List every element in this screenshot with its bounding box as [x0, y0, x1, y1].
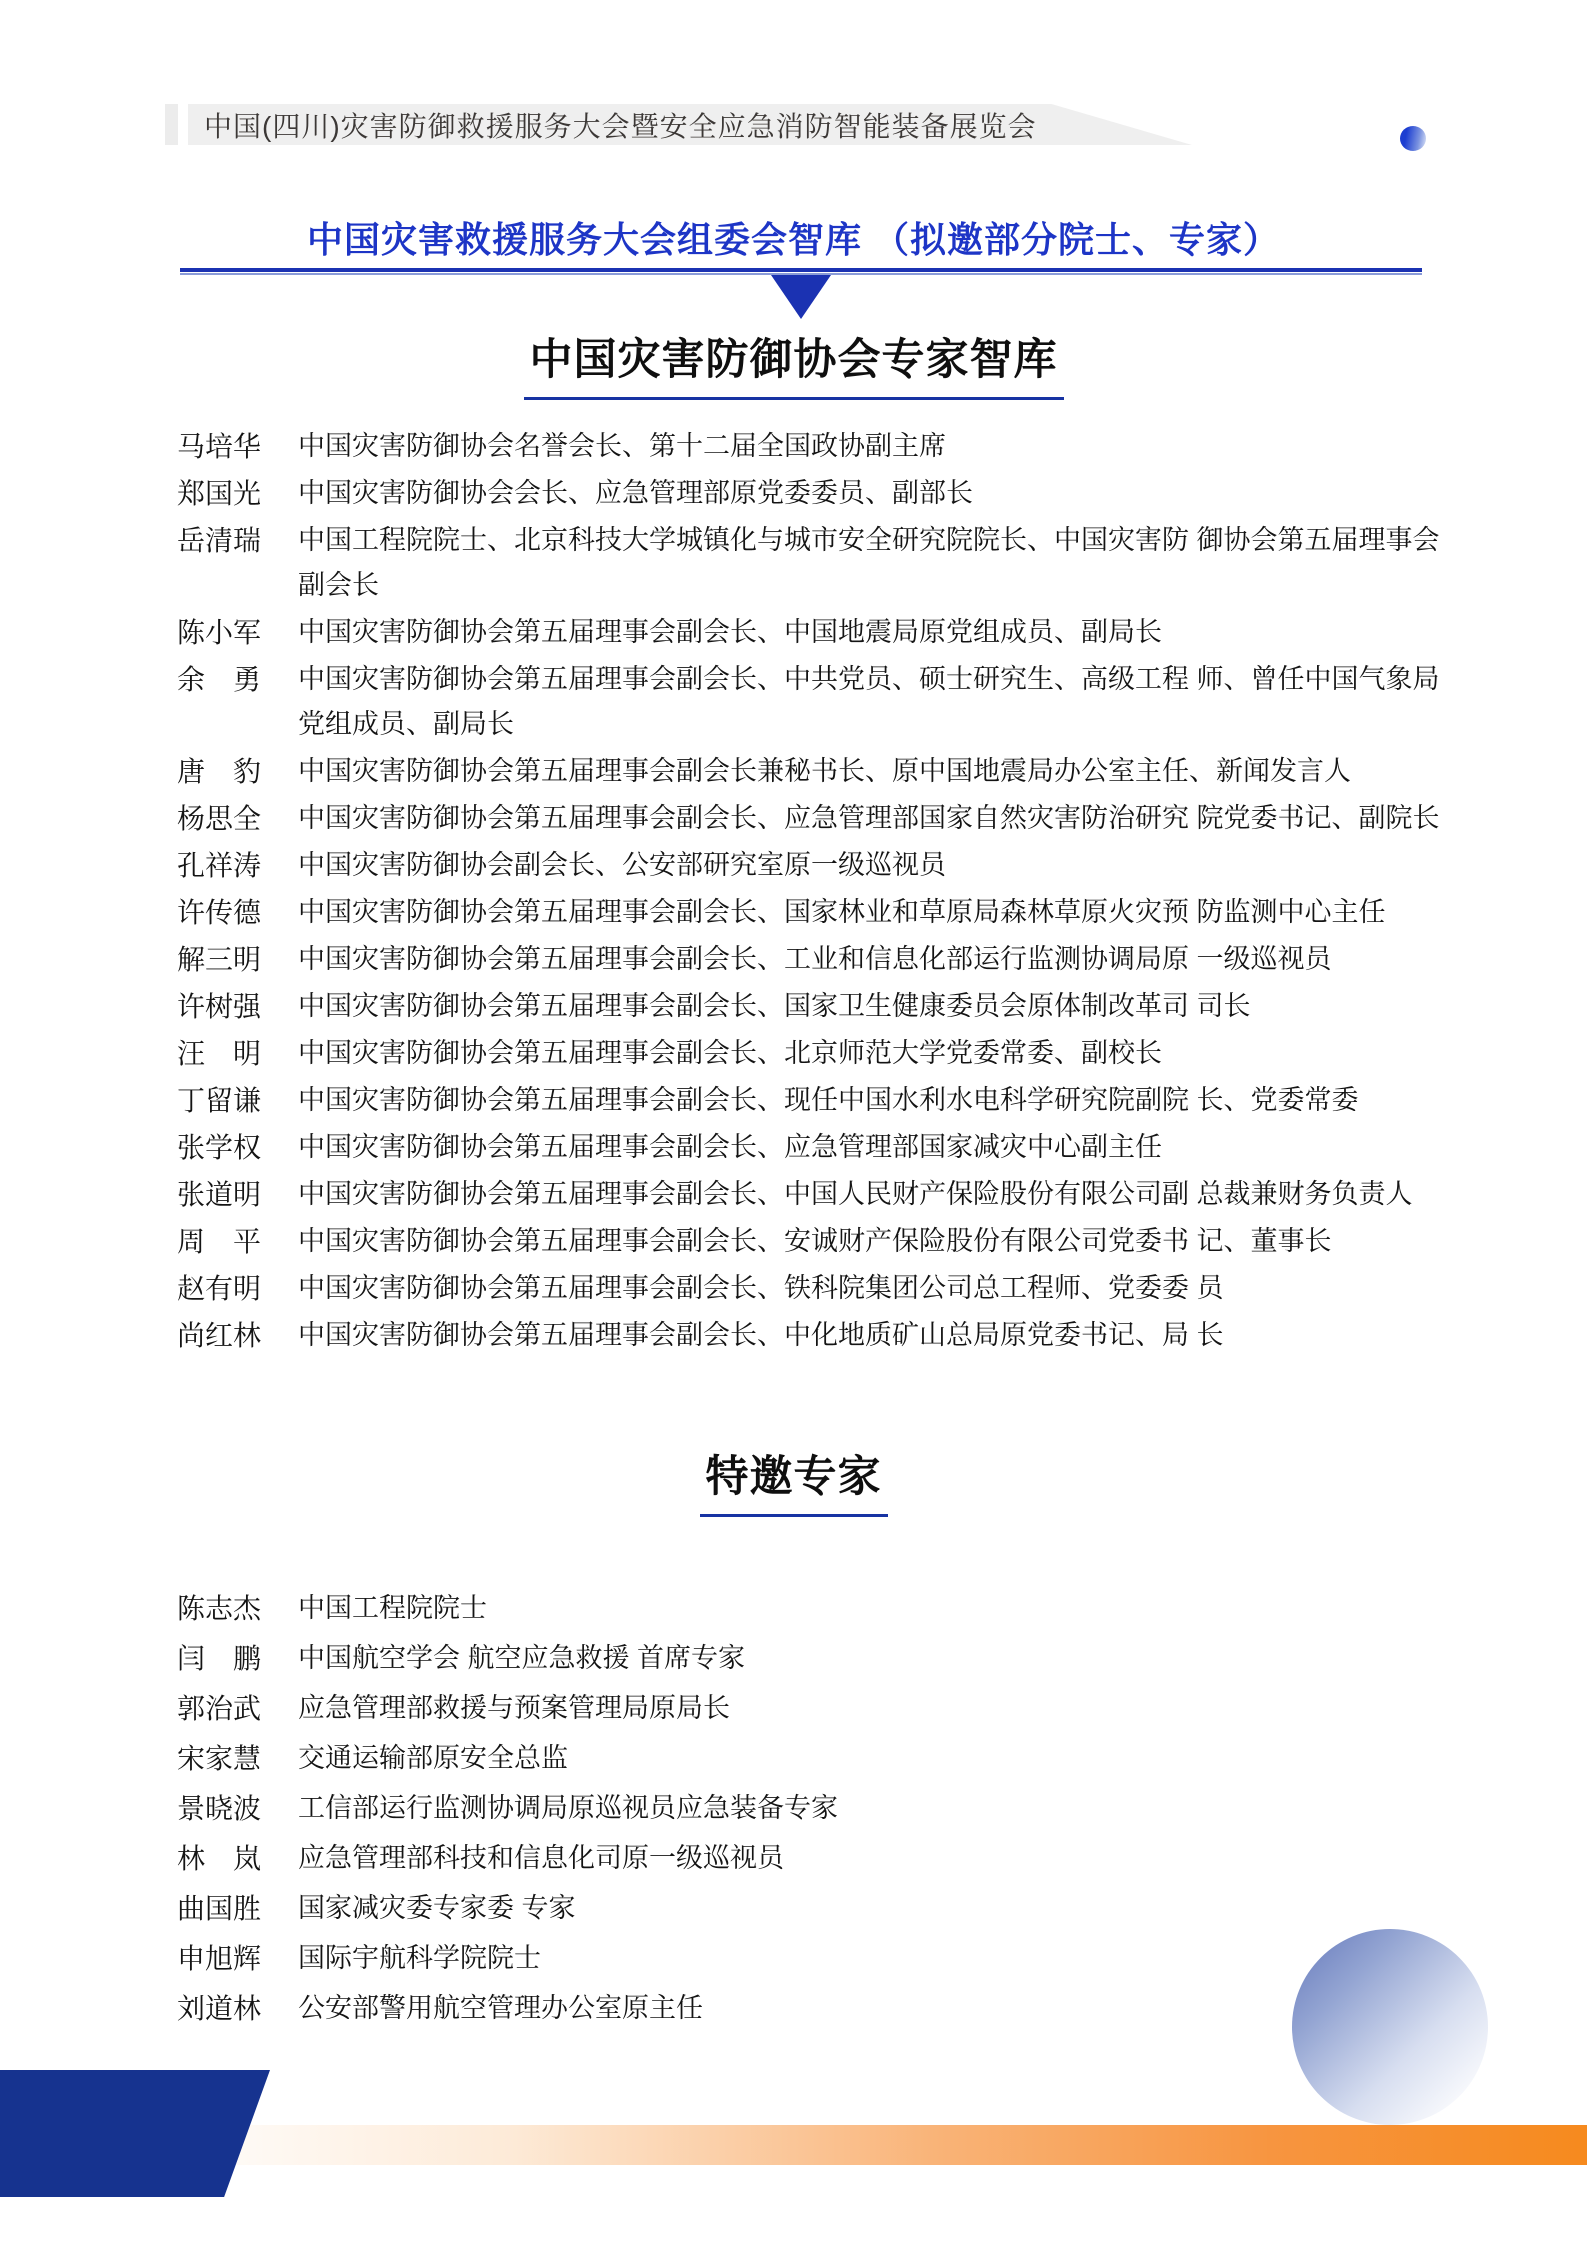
expert-title: 中国工程院院士: [298, 1585, 1448, 1632]
expert-name: 尚红林: [177, 1313, 298, 1358]
expert-title: 公安部警用航空管理办公室原主任: [298, 1985, 1448, 2032]
expert-row: 尚红林 中国灾害防御协会第五届理事会副会长、中化地质矿山总局原党委书记、局 长: [177, 1313, 1449, 1358]
expert-title: 中国灾害防御协会第五届理事会副会长、北京师范大学党委常委、副校长: [298, 1031, 1448, 1076]
expert-row: 马培华 中国灾害防御协会名誉会长、第十二届全国政协副主席: [177, 424, 1449, 469]
expert-row: 郑国光 中国灾害防御协会会长、应急管理部原党委委员、副部长: [177, 471, 1449, 516]
expert-row: 许树强 中国灾害防御协会第五届理事会副会长、国家卫生健康委员会原体制改革司 司长: [177, 984, 1449, 1029]
expert-name: 周 平: [177, 1219, 298, 1264]
expert-name: 许树强: [177, 984, 298, 1029]
expert-name: 唐 豹: [177, 749, 298, 794]
expert-name: 宋家慧: [177, 1735, 298, 1782]
expert-name: 申旭辉: [177, 1935, 298, 1982]
banner-title: 中国灾害救援服务大会组委会智库 （拟邀部分院士、专家）: [0, 212, 1587, 263]
expert-row: 闫 鹏 中国航空学会 航空应急救援 首席专家: [177, 1635, 1449, 1682]
expert-list-guests: 陈志杰 中国工程院院士 闫 鹏 中国航空学会 航空应急救援 首席专家 郭治武 应…: [177, 1585, 1449, 2035]
expert-list-association: 马培华 中国灾害防御协会名誉会长、第十二届全国政协副主席 郑国光 中国灾害防御协…: [177, 424, 1449, 1360]
expert-title: 中国灾害防御协会第五届理事会副会长、国家林业和草原局森林草原火灾预 防监测中心主…: [298, 890, 1448, 935]
expert-row: 林 岚 应急管理部科技和信息化司原一级巡视员: [177, 1835, 1449, 1882]
expert-name: 张学权: [177, 1125, 298, 1170]
expert-row: 张道明 中国灾害防御协会第五届理事会副会长、中国人民财产保险股份有限公司副 总裁…: [177, 1172, 1449, 1217]
expert-row: 解三明 中国灾害防御协会第五届理事会副会长、工业和信息化部运行监测协调局原 一级…: [177, 937, 1449, 982]
expert-title: 中国灾害防御协会名誉会长、第十二届全国政协副主席: [298, 424, 1448, 469]
expert-name: 孔祥涛: [177, 843, 298, 888]
expert-name: 曲国胜: [177, 1885, 298, 1932]
orange-band-decoration: [150, 2125, 1587, 2165]
expert-name: 许传德: [177, 890, 298, 935]
section1-heading: 中国灾害防御协会专家智库: [524, 326, 1064, 400]
expert-name: 刘道林: [177, 1985, 298, 2032]
down-triangle-icon: [771, 275, 831, 319]
expert-title: 中国工程院院士、北京科技大学城镇化与城市安全研究院院长、中国灾害防 御协会第五届…: [298, 518, 1448, 608]
expert-row: 汪 明 中国灾害防御协会第五届理事会副会长、北京师范大学党委常委、副校长: [177, 1031, 1449, 1076]
expert-title: 工信部运行监测协调局原巡视员应急装备专家: [298, 1785, 1448, 1832]
expert-name: 余 勇: [177, 657, 298, 702]
expert-name: 丁留谦: [177, 1078, 298, 1123]
expert-row: 刘道林 公安部警用航空管理办公室原主任: [177, 1985, 1449, 2032]
expert-title: 中国灾害防御协会第五届理事会副会长、中化地质矿山总局原党委书记、局 长: [298, 1313, 1448, 1358]
expert-row: 申旭辉 国际宇航科学院院士: [177, 1935, 1449, 1982]
expert-row: 张学权 中国灾害防御协会第五届理事会副会长、应急管理部国家减灾中心副主任: [177, 1125, 1449, 1170]
expert-name: 林 岚: [177, 1835, 298, 1882]
expert-name: 陈小军: [177, 610, 298, 655]
expert-name: 景晓波: [177, 1785, 298, 1832]
expert-row: 曲国胜 国家减灾委专家委 专家: [177, 1885, 1449, 1932]
expert-title: 中国灾害防御协会副会长、公安部研究室原一级巡视员: [298, 843, 1448, 888]
expert-row: 陈志杰 中国工程院院士: [177, 1585, 1449, 1632]
gradient-circle-decoration: [1292, 1929, 1488, 2125]
expert-name: 杨思全: [177, 796, 298, 841]
expert-title: 中国灾害防御协会第五届理事会副会长兼秘书长、原中国地震局办公室主任、新闻发言人: [298, 749, 1448, 794]
expert-row: 唐 豹 中国灾害防御协会第五届理事会副会长兼秘书长、原中国地震局办公室主任、新闻…: [177, 749, 1449, 794]
expert-title: 中国灾害防御协会第五届理事会副会长、中国地震局原党组成员、副局长: [298, 610, 1448, 655]
expert-title: 中国灾害防御协会第五届理事会副会长、应急管理部国家自然灾害防治研究 院党委书记、…: [298, 796, 1448, 841]
expert-name: 赵有明: [177, 1266, 298, 1311]
expert-title: 中国灾害防御协会会长、应急管理部原党委委员、副部长: [298, 471, 1448, 516]
expert-title: 中国航空学会 航空应急救援 首席专家: [298, 1635, 1448, 1682]
expert-title: 中国灾害防御协会第五届理事会副会长、工业和信息化部运行监测协调局原 一级巡视员: [298, 937, 1448, 982]
expert-name: 解三明: [177, 937, 298, 982]
expert-title: 国际宇航科学院院士: [298, 1935, 1448, 1982]
expert-row: 周 平 中国灾害防御协会第五届理事会副会长、安诚财产保险股份有限公司党委书 记、…: [177, 1219, 1449, 1264]
expert-row: 宋家慧 交通运输部原安全总监: [177, 1735, 1449, 1782]
expert-row: 景晓波 工信部运行监测协调局原巡视员应急装备专家: [177, 1785, 1449, 1832]
expert-title: 中国灾害防御协会第五届理事会副会长、国家卫生健康委员会原体制改革司 司长: [298, 984, 1448, 1029]
expert-title: 中国灾害防御协会第五届理事会副会长、中共党员、硕士研究生、高级工程 师、曾任中国…: [298, 657, 1448, 747]
expert-name: 闫 鹏: [177, 1635, 298, 1682]
expert-row: 岳清瑞 中国工程院院士、北京科技大学城镇化与城市安全研究院院长、中国灾害防 御协…: [177, 518, 1449, 608]
expert-title: 应急管理部科技和信息化司原一级巡视员: [298, 1835, 1448, 1882]
expert-title: 国家减灾委专家委 专家: [298, 1885, 1448, 1932]
expert-name: 岳清瑞: [177, 518, 298, 563]
expert-row: 余 勇 中国灾害防御协会第五届理事会副会长、中共党员、硕士研究生、高级工程 师、…: [177, 657, 1449, 747]
expert-row: 陈小军 中国灾害防御协会第五届理事会副会长、中国地震局原党组成员、副局长: [177, 610, 1449, 655]
expert-name: 郑国光: [177, 471, 298, 516]
document-page: 中国(四川)灾害防御救援服务大会暨安全应急消防智能装备展览会 中国灾害救援服务大…: [0, 0, 1587, 2244]
expert-title: 中国灾害防御协会第五届理事会副会长、铁科院集团公司总工程师、党委委 员: [298, 1266, 1448, 1311]
expert-name: 汪 明: [177, 1031, 298, 1076]
expert-row: 杨思全 中国灾害防御协会第五届理事会副会长、应急管理部国家自然灾害防治研究 院党…: [177, 796, 1449, 841]
navy-parallelogram-decoration: [0, 2070, 270, 2197]
expert-name: 马培华: [177, 424, 298, 469]
expert-row: 赵有明 中国灾害防御协会第五届理事会副会长、铁科院集团公司总工程师、党委委 员: [177, 1266, 1449, 1311]
expert-name: 张道明: [177, 1172, 298, 1217]
expert-row: 郭治武 应急管理部救援与预案管理局原局长: [177, 1685, 1449, 1732]
expert-row: 丁留谦 中国灾害防御协会第五届理事会副会长、现任中国水利水电科学研究院副院 长、…: [177, 1078, 1449, 1123]
expert-title: 应急管理部救援与预案管理局原局长: [298, 1685, 1448, 1732]
expert-row: 许传德 中国灾害防御协会第五届理事会副会长、国家林业和草原局森林草原火灾预 防监…: [177, 890, 1449, 935]
expert-title: 中国灾害防御协会第五届理事会副会长、现任中国水利水电科学研究院副院 长、党委常委: [298, 1078, 1448, 1123]
blue-dot-decoration: [1400, 126, 1426, 151]
event-title: 中国(四川)灾害防御救援服务大会暨安全应急消防智能装备展览会: [204, 105, 1037, 145]
expert-row: 孔祥涛 中国灾害防御协会副会长、公安部研究室原一级巡视员: [177, 843, 1449, 888]
section1-heading-wrap: 中国灾害防御协会专家智库: [0, 326, 1587, 400]
expert-name: 郭治武: [177, 1685, 298, 1732]
expert-title: 中国灾害防御协会第五届理事会副会长、应急管理部国家减灾中心副主任: [298, 1125, 1448, 1170]
expert-title: 中国灾害防御协会第五届理事会副会长、安诚财产保险股份有限公司党委书 记、董事长: [298, 1219, 1448, 1264]
event-header-bar: 中国(四川)灾害防御救援服务大会暨安全应急消防智能装备展览会: [188, 104, 1192, 145]
section2-heading-wrap: 特邀专家: [0, 1443, 1587, 1517]
expert-title: 交通运输部原安全总监: [298, 1735, 1448, 1782]
expert-title: 中国灾害防御协会第五届理事会副会长、中国人民财产保险股份有限公司副 总裁兼财务负…: [298, 1172, 1448, 1217]
section2-heading: 特邀专家: [700, 1443, 888, 1517]
header-accent-block: [165, 104, 178, 145]
expert-name: 陈志杰: [177, 1585, 298, 1632]
